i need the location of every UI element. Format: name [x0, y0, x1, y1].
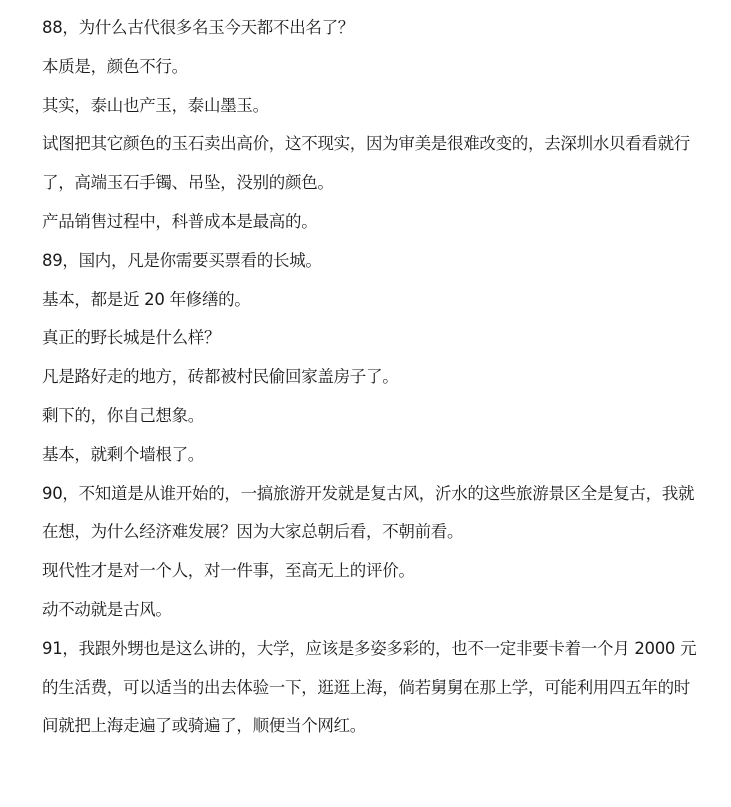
paragraph: 试图把其它颜色的玉石卖出高价，这不现实，因为审美是很难改变的，去深圳水贝看看就行… — [42, 125, 702, 203]
paragraph: 基本，就剩个墙根了。 — [42, 436, 702, 475]
paragraph: 剩下的，你自己想象。 — [42, 397, 702, 436]
paragraph: 现代性才是对一个人，对一件事，至高无上的评价。 — [42, 552, 702, 591]
paragraph-91-heading: 91，我跟外甥也是这么讲的，大学，应该是多姿多彩的，也不一定非要卡着一个月 20… — [42, 630, 702, 746]
paragraph-89-heading: 89，国内，凡是你需要买票看的长城。 — [42, 242, 702, 281]
paragraph: 凡是路好走的地方，砖都被村民偷回家盖房子了。 — [42, 358, 702, 397]
paragraph: 产品销售过程中，科普成本是最高的。 — [42, 203, 702, 242]
document-body: 88，为什么古代很多名玉今天都不出名了？ 本质是，颜色不行。 其实，泰山也产玉，… — [42, 9, 702, 746]
paragraph-90-heading: 90，不知道是从谁开始的，一搞旅游开发就是复古风，沂水的这些旅游景区全是复古，我… — [42, 475, 702, 553]
paragraph-88-question: 88，为什么古代很多名玉今天都不出名了？ — [42, 9, 702, 48]
paragraph: 其实，泰山也产玉，泰山墨玉。 — [42, 87, 702, 126]
paragraph: 本质是，颜色不行。 — [42, 48, 702, 87]
paragraph: 真正的野长城是什么样？ — [42, 319, 702, 358]
paragraph: 动不动就是古风。 — [42, 591, 702, 630]
paragraph: 基本，都是近 20 年修缮的。 — [42, 281, 702, 320]
